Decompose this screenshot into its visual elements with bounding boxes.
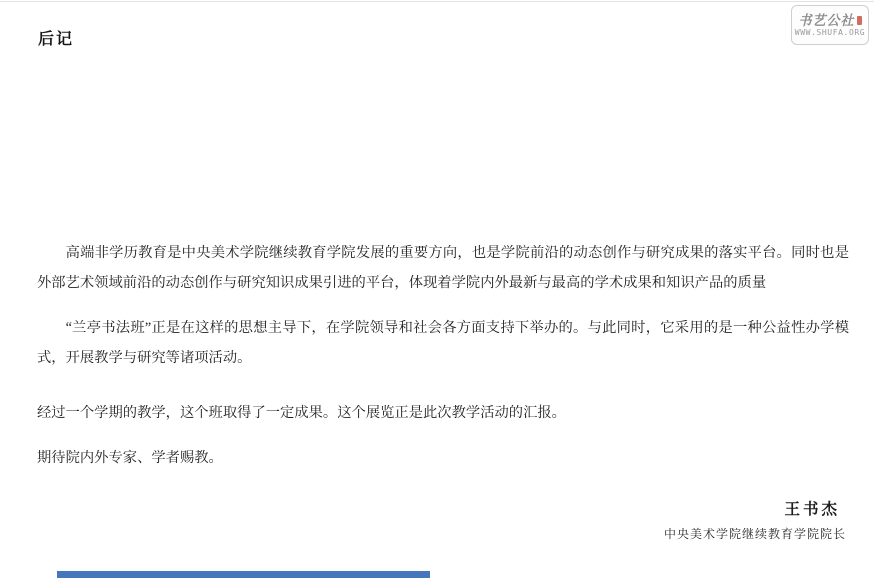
paragraph-semester-results: 经过一个学期的教学，这个班取得了一定成果。这个展览正是此次教学活动的汇报。 <box>37 398 849 428</box>
page-title: 后记 <box>38 26 74 49</box>
document-page: 后记 书艺公社 WWW.SHUFA.ORG 高端非学历教育是中央美术学院继续教育… <box>0 0 874 578</box>
red-seal-icon <box>857 16 862 25</box>
paragraph-expect-advice: 期待院内外专家、学者赐教。 <box>37 443 849 473</box>
watermark-brand-calligraphy: 书艺公社 <box>798 13 854 27</box>
watermark-brand-row: 书艺公社 <box>798 14 861 27</box>
signature-name: 王书杰 <box>784 497 840 519</box>
signature-title: 中央美术学院继续教育学院院长 <box>664 525 846 542</box>
bottom-blue-bar <box>57 571 430 578</box>
site-watermark-badge: 书艺公社 WWW.SHUFA.ORG <box>791 5 869 45</box>
paragraph-lanting-class: “兰亭书法班”正是在这样的思想主导下，在学院领导和社会各方面支持下举办的。与此同… <box>37 313 849 373</box>
watermark-url: WWW.SHUFA.ORG <box>795 28 865 37</box>
paragraph-platform: 高端非学历教育是中央美术学院继续教育学院发展的重要方向，也是学院前沿的动态创作与… <box>37 238 849 298</box>
